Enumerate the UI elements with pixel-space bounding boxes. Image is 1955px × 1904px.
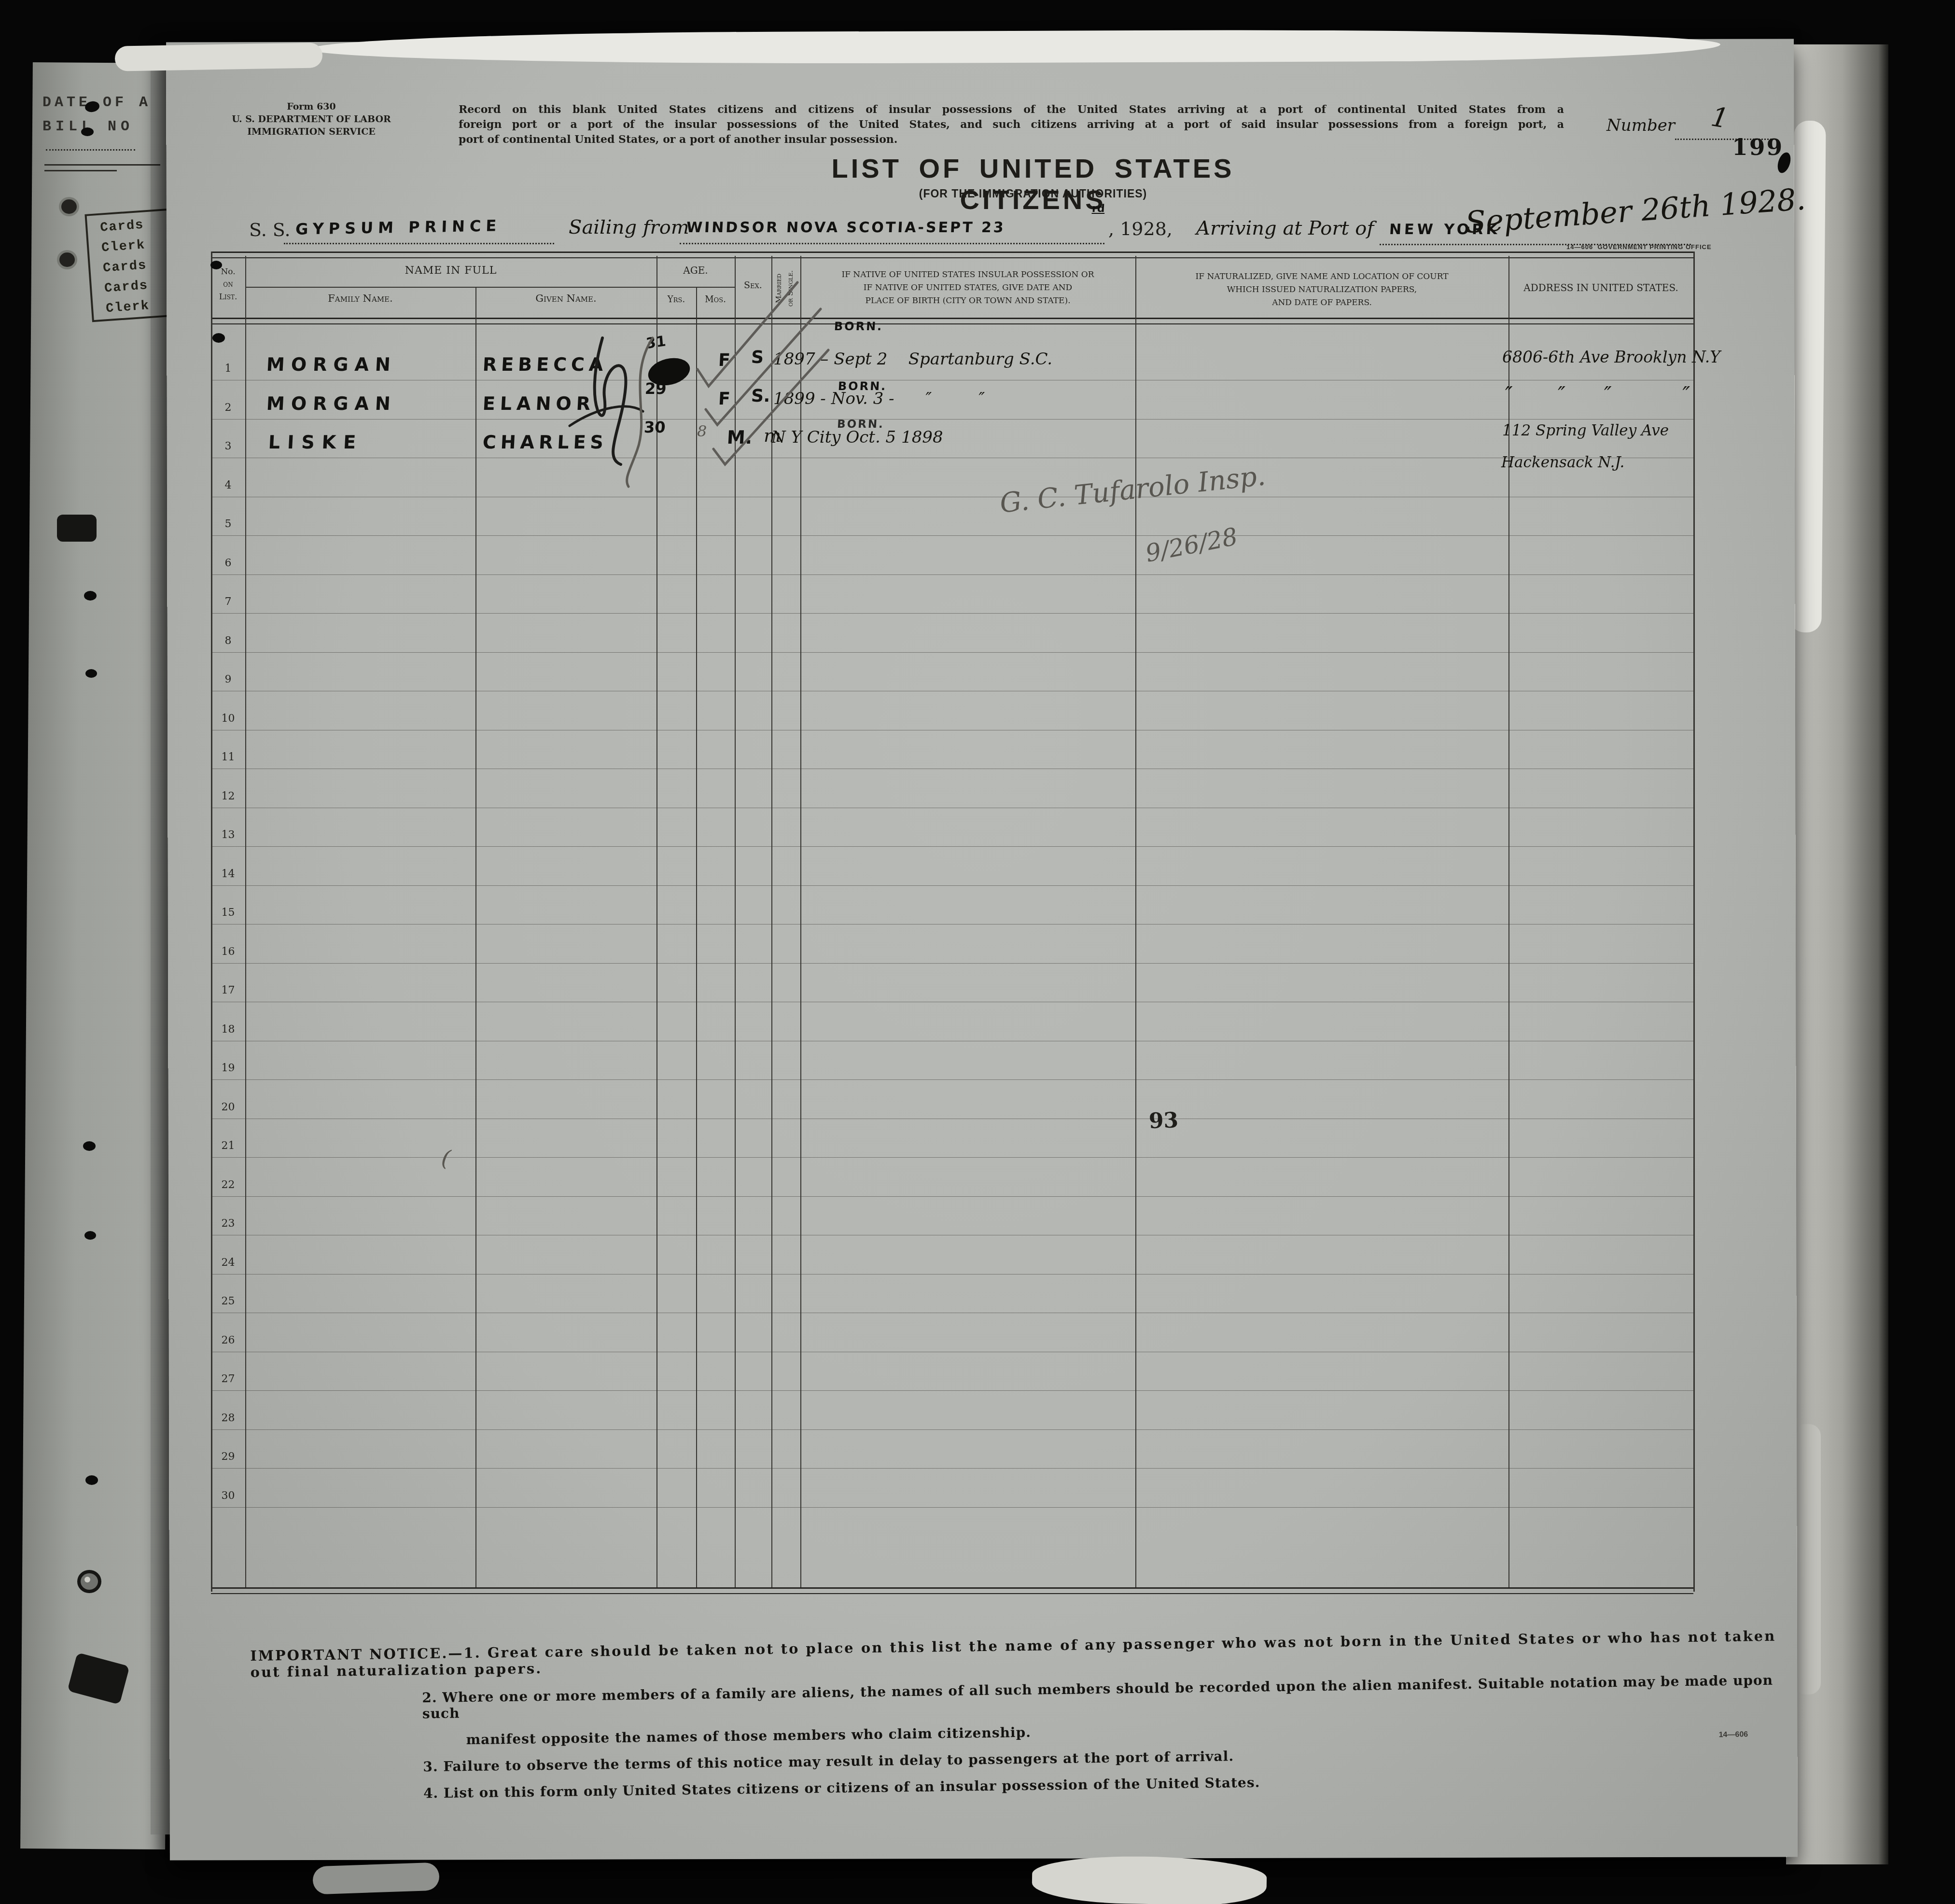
row-number: 1	[211, 363, 245, 375]
table-line	[245, 287, 736, 288]
ink-blob	[85, 669, 97, 678]
row-number: 8	[211, 635, 245, 647]
entry-given-name: REBECCA	[482, 354, 608, 375]
table-line	[656, 256, 657, 1587]
entry-age-yrs: 30	[643, 418, 666, 436]
column-header-yrs: Yrs.	[656, 294, 696, 305]
table-row-line	[211, 808, 1693, 808]
entry-given-name: CHARLES	[482, 432, 608, 453]
table-row-line	[211, 574, 1693, 575]
dark-smudge	[57, 515, 97, 542]
sailing-date-ordinal: rd	[1091, 203, 1105, 215]
row-number: 24	[211, 1257, 245, 1269]
table-row-line	[211, 458, 1693, 458]
department-name: U. S. DEPARTMENT OF LABOR	[227, 113, 396, 126]
entry-age-mos: 8	[697, 422, 707, 440]
table-line	[1135, 256, 1136, 1587]
entry-address-line1: 112 Spring Valley Ave	[1502, 422, 1669, 439]
column-header-name-in-full: NAME IN FULL	[245, 265, 656, 277]
table-line	[475, 287, 476, 1587]
ink-blob	[84, 591, 97, 601]
row-number: 21	[211, 1140, 245, 1152]
manifest-content: Form 630 U. S. DEPARTMENT OF LABOR IMMIG…	[0, 0, 1955, 1904]
sailing-from-rule	[680, 241, 1104, 244]
table-line	[245, 256, 246, 1587]
row-number: 30	[211, 1490, 245, 1502]
header-line: WHICH ISSUED NATURALIZATION PAPERS,	[1135, 283, 1508, 296]
row-number: 29	[211, 1451, 245, 1463]
row-number: 18	[211, 1023, 245, 1036]
number-label: Number	[1606, 116, 1675, 135]
table-line	[735, 256, 736, 1587]
entry-birth: 1899 - Nov. 3 - ″ ″	[773, 389, 985, 408]
ship-name-handwritten: GYPSUM PRINCE	[295, 216, 502, 238]
entry-address: 6806-6th Ave Brooklyn N.Y	[1502, 348, 1720, 366]
table-row-line	[211, 1119, 1693, 1119]
entry-family-name: MORGAN	[266, 354, 397, 375]
scanned-manifest-photo: DATE OF A BILL NO Cards Clerk Cards Card…	[0, 0, 1955, 1904]
column-header-address: ADDRESS IN UNITED STATES.	[1508, 282, 1693, 294]
gpo-imprint: GOVERNMENT PRINTING OFFICE	[1597, 243, 1711, 251]
form-subtitle: (FOR THE IMMIGRATION AUTHORITIES)	[753, 187, 1313, 200]
table-row-line	[211, 769, 1693, 769]
table-row-line	[211, 1079, 1693, 1080]
ink-blob	[83, 1141, 96, 1151]
row-number: 28	[211, 1412, 245, 1424]
entry-family-name: LISKE	[268, 432, 363, 453]
ink-blob	[212, 333, 225, 343]
table-row-line	[211, 1313, 1693, 1313]
entry-age-yrs: 29	[644, 379, 667, 398]
row-number: 23	[211, 1218, 245, 1230]
arrival-date-script: September 26th 1928.	[1464, 181, 1806, 240]
column-header-age: AGE.	[656, 265, 735, 276]
table-row-line	[211, 691, 1693, 691]
notice-item-2a: 2. Where one or more members of a family…	[241, 1672, 1805, 1724]
row-number: 2	[211, 402, 245, 414]
important-notice: IMPORTANT NOTICE.—1. Great care should b…	[240, 1627, 1806, 1804]
table-row-line	[211, 1157, 1693, 1158]
table-row-line	[211, 885, 1693, 886]
header-line: on	[211, 278, 245, 291]
column-header-married-2: or Single.	[786, 260, 795, 317]
row-number: 7	[211, 596, 245, 608]
entry-family-name: MORGAN	[266, 393, 397, 414]
metal-fastener	[59, 197, 79, 216]
print-code-top: 14—606 GOVERNMENT PRINTING OFFICE	[1566, 243, 1712, 251]
table-row-line	[211, 846, 1693, 847]
entry-sex: F	[718, 350, 731, 370]
column-header-mos: Mos.	[696, 294, 735, 305]
stamp-93: 93	[1148, 1108, 1179, 1134]
column-header-naturalized: IF NATURALIZED, GIVE NAME AND LOCATION O…	[1135, 270, 1508, 309]
entry-birth: N Y City Oct. 5 1898	[771, 428, 943, 447]
column-header-birth: IF NATIVE OF UNITED STATES INSULAR POSSE…	[800, 268, 1135, 308]
sailing-from-label: Sailing from	[569, 216, 689, 238]
row-number: 9	[211, 673, 245, 686]
form-title: LIST OF UNITED STATES CITIZENS	[753, 153, 1313, 215]
ss-label: S. S.	[249, 219, 291, 240]
table-row-line	[211, 1235, 1693, 1235]
header-line: IF NATURALIZED, GIVE NAME AND LOCATION O…	[1135, 270, 1508, 283]
row-number: 13	[211, 829, 245, 841]
inspector-date: 9/26/28	[1143, 522, 1240, 568]
arriving-label: Arriving at Port of	[1196, 217, 1374, 239]
ink-blob	[81, 127, 94, 136]
table-line	[696, 287, 697, 1587]
column-header-no-on-list: No. on List.	[211, 266, 245, 303]
row-number: 20	[211, 1101, 245, 1113]
table-row-line	[211, 1390, 1693, 1391]
instructions-line: port of continental United States, or a …	[459, 132, 1564, 147]
entry-sex: M.	[726, 427, 753, 448]
table-row-line	[211, 1507, 1693, 1508]
print-code: 14—606	[1566, 243, 1593, 251]
row-number: 16	[211, 946, 245, 958]
form-number: Form 630	[227, 100, 396, 113]
table-line	[211, 252, 1693, 258]
table-row-line	[211, 1429, 1693, 1430]
instructions-line: foreign port or a port of the insular po…	[459, 117, 1564, 132]
table-row-line	[211, 497, 1693, 497]
inspector-signature: G. C. Tufarolo Insp.	[998, 460, 1267, 519]
column-header-family-name: Family Name.	[245, 293, 475, 304]
print-code-bottom: 14—606	[1719, 1730, 1748, 1739]
table-row-line	[211, 652, 1693, 653]
column-header-given-name: Given Name.	[475, 293, 656, 304]
entry-sex: F	[718, 389, 731, 409]
table-row-line	[211, 535, 1693, 536]
table-row-line	[211, 613, 1693, 614]
column-header-married-1: Married	[774, 260, 783, 317]
metal-fastener	[57, 250, 77, 269]
ink-blob	[84, 1231, 96, 1240]
notice-item-1: 1. Great care should be taken not to pla…	[250, 1628, 1776, 1680]
ship-name-rule	[284, 241, 554, 244]
instructions-line: Record on this blank United States citiz…	[459, 102, 1564, 117]
bottom-torn-edge-small	[312, 1862, 440, 1894]
entry-marital: S.	[751, 386, 771, 406]
entry-address-ditto: ″ ″ ″ ″	[1505, 382, 1690, 406]
entry-age-yrs: 31	[645, 333, 667, 352]
entry-born-label: BORN.	[834, 320, 883, 333]
entry-given-name: ELANOR	[482, 393, 596, 414]
entry-address-line2: Hackensack N.J.	[1501, 454, 1624, 471]
table-row-line	[211, 1468, 1693, 1469]
table-line	[771, 256, 772, 1587]
top-page-curl-left	[115, 42, 323, 71]
notice-line-1: IMPORTANT NOTICE.—1. Great care should b…	[240, 1627, 1805, 1680]
row-number: 15	[211, 907, 245, 919]
header-line: AND DATE OF PAPERS.	[1135, 296, 1508, 309]
notice-label: IMPORTANT NOTICE.—	[250, 1645, 464, 1664]
row-number: 3	[211, 440, 245, 452]
header-line: List.	[211, 291, 245, 303]
table-line	[211, 318, 1693, 324]
table-row-line	[211, 1352, 1693, 1352]
entry-birth: 1897 – Sept 2 Spartanburg S.C.	[773, 350, 1052, 369]
row-number: 12	[211, 790, 245, 802]
table-row-line	[211, 380, 1693, 380]
page-number-stamp: 199	[1732, 134, 1784, 161]
sailing-from-handwritten: WINDSOR NOVA SCOTIA-SEPT 23	[686, 219, 1006, 236]
table-line	[211, 1587, 1693, 1594]
table-line	[800, 256, 801, 1587]
table-row-line	[211, 419, 1693, 420]
form-id-block: Form 630 U. S. DEPARTMENT OF LABOR IMMIG…	[227, 100, 396, 138]
ink-blob	[85, 1475, 98, 1485]
table-row-line	[211, 1196, 1693, 1197]
number-value-handwritten: 1	[1709, 101, 1731, 135]
row-number: 22	[211, 1179, 245, 1191]
table-row-line	[211, 1041, 1693, 1041]
punch-hole-eyelet	[77, 1570, 101, 1593]
header-line: IF NATIVE OF UNITED STATES, GIVE DATE AN…	[800, 281, 1135, 294]
sailing-year-printed: , 1928,	[1108, 218, 1173, 239]
service-name: IMMIGRATION SERVICE	[227, 126, 396, 138]
instructions-paragraph: Record on this blank United States citiz…	[459, 102, 1564, 147]
table-line	[1693, 252, 1695, 1592]
row-number: 17	[211, 984, 245, 996]
table-row-line	[211, 1274, 1693, 1274]
row-number: 25	[211, 1295, 245, 1307]
row-number: 4	[211, 479, 245, 491]
row-number: 5	[211, 518, 245, 530]
row-number: 6	[211, 557, 245, 569]
ink-blob	[210, 261, 222, 269]
stray-pencil-mark: (	[440, 1145, 452, 1172]
header-line: IF NATIVE OF UNITED STATES INSULAR POSSE…	[800, 268, 1135, 281]
row-number: 11	[211, 751, 245, 763]
row-number: 10	[211, 713, 245, 725]
column-header-sex: Sex.	[735, 280, 771, 291]
row-number: 27	[211, 1373, 245, 1385]
table-row-line	[211, 1002, 1693, 1002]
table-row-line	[211, 730, 1693, 730]
row-number: 14	[211, 868, 245, 880]
header-line: PLACE OF BIRTH (CITY OR TOWN AND STATE).	[800, 294, 1135, 308]
entry-marital: S	[751, 348, 764, 367]
table-row-line	[211, 924, 1693, 924]
row-number: 19	[211, 1062, 245, 1074]
row-number: 26	[211, 1334, 245, 1346]
table-row-line	[211, 963, 1693, 964]
